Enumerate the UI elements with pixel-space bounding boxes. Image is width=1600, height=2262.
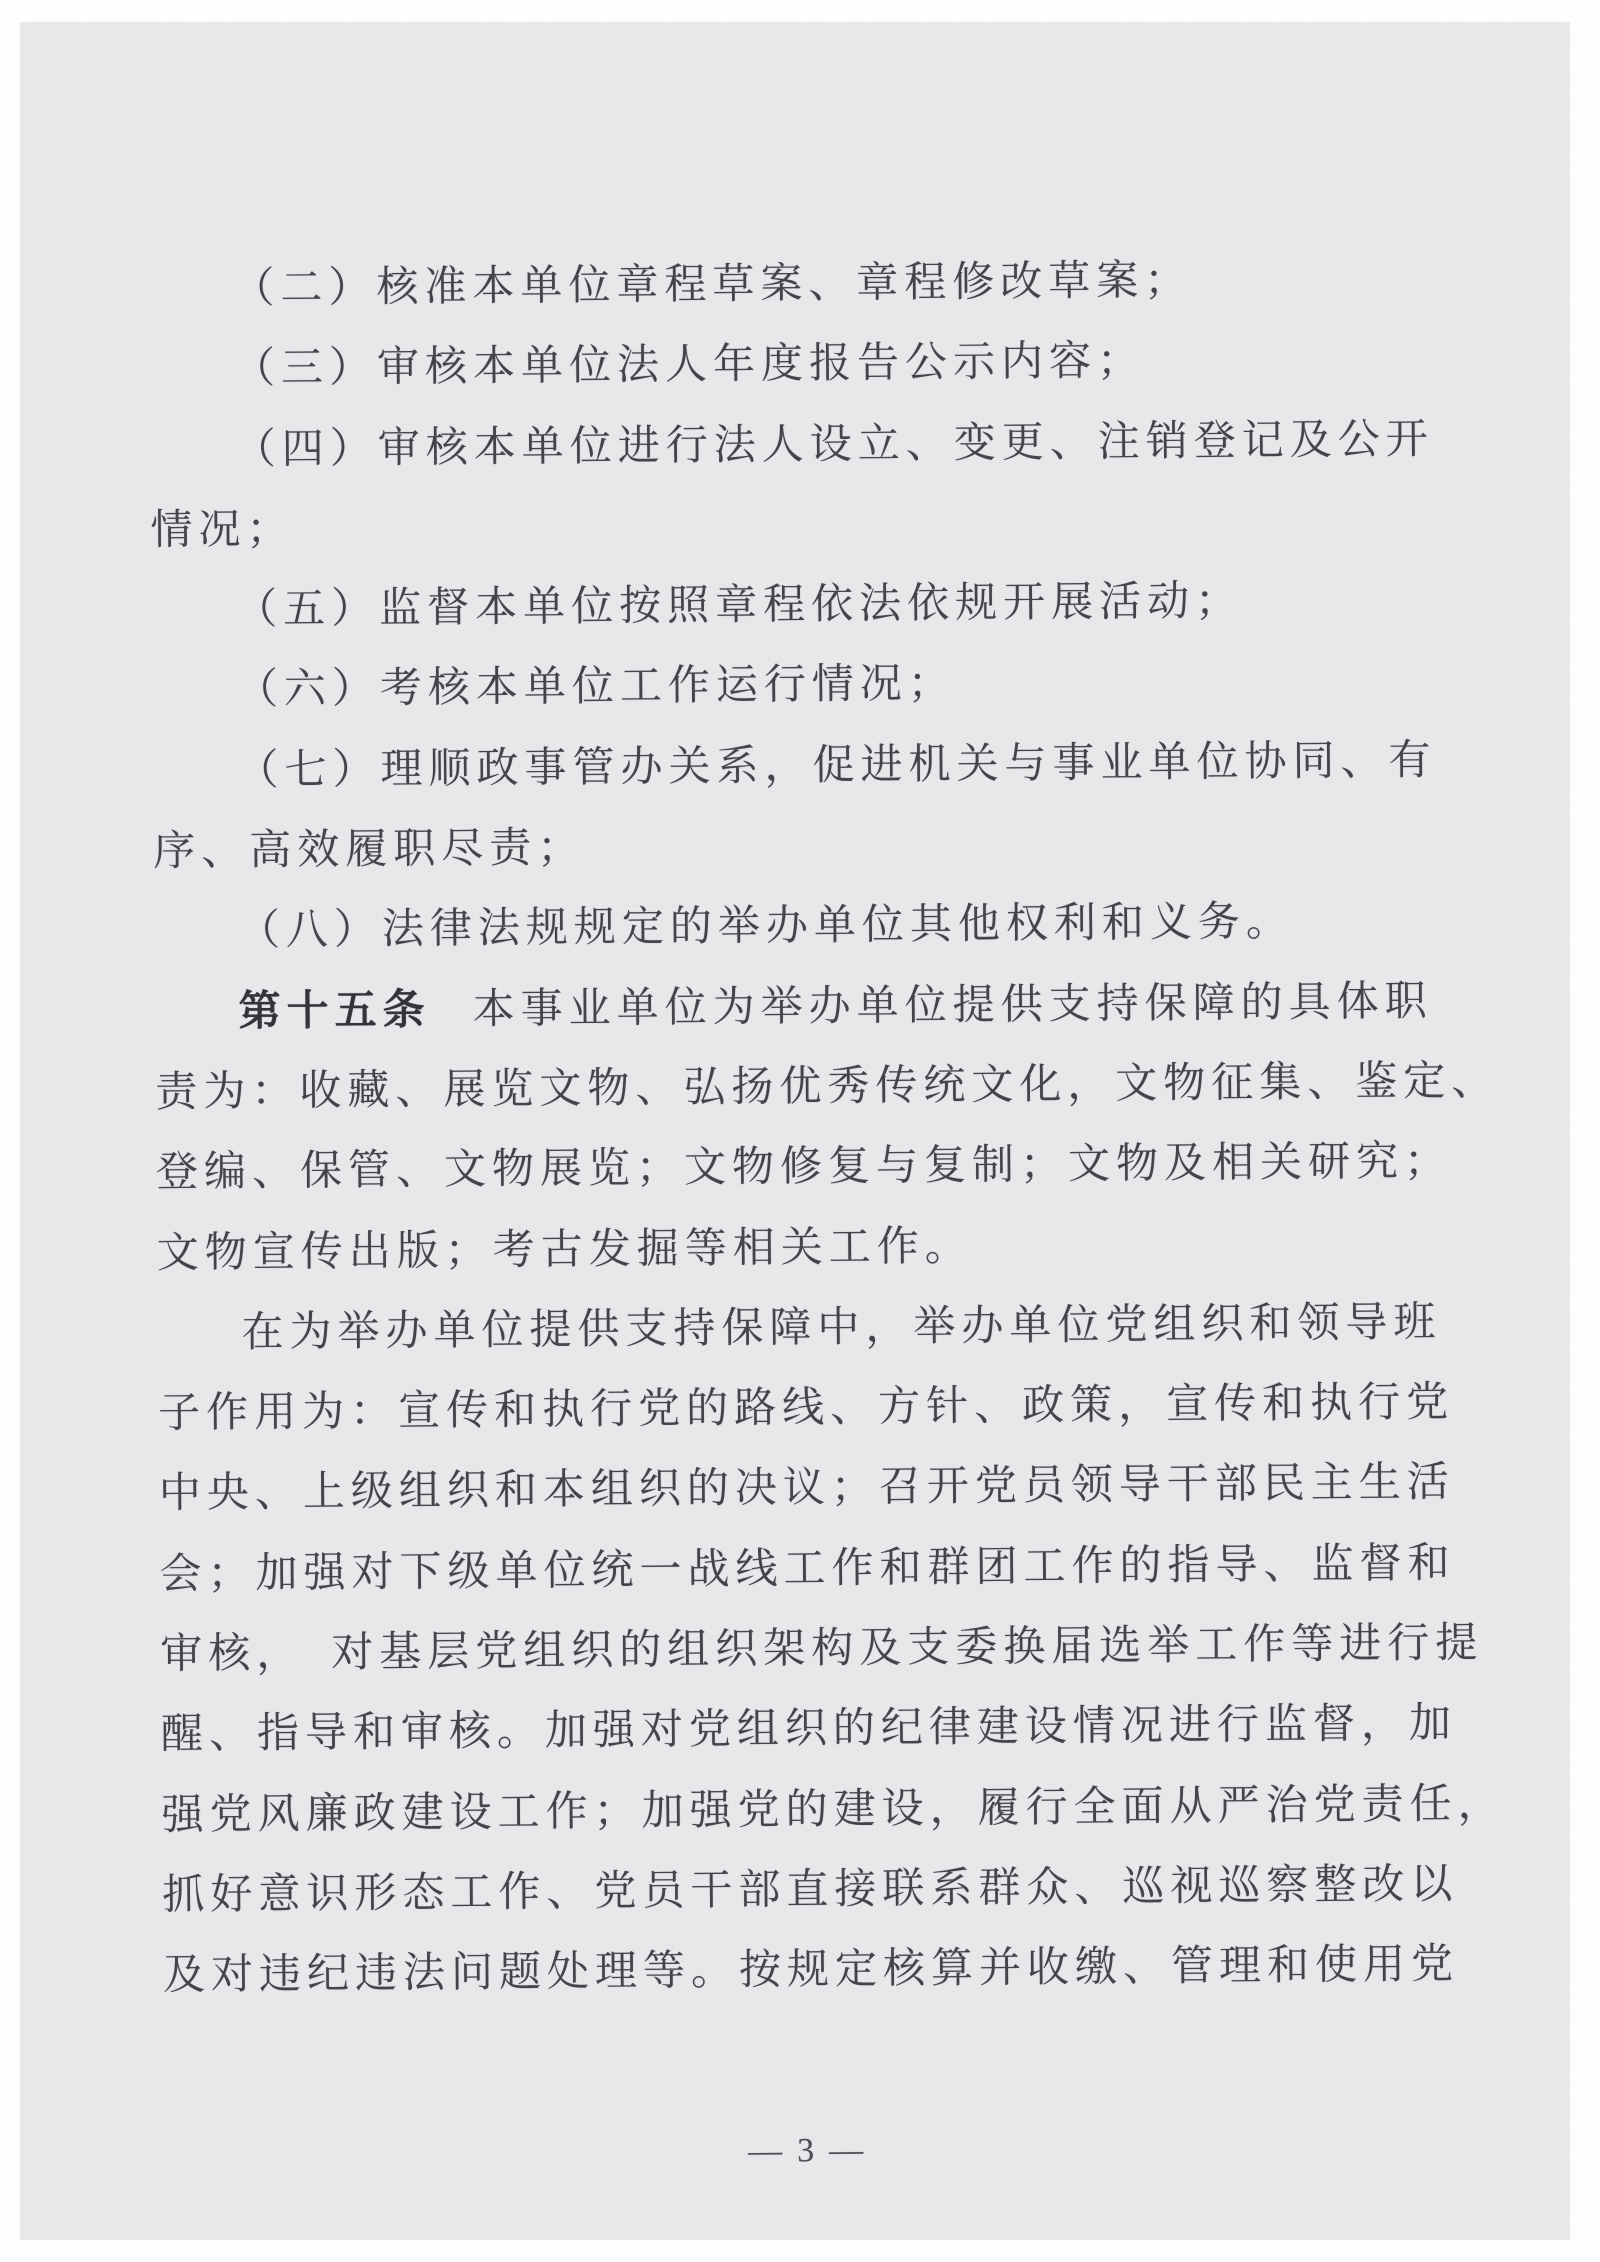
- page-footer: —3—: [606, 2128, 1006, 2175]
- text-line: 抓好意识形态工作、党员干部直接联系群众、巡视巡察整改以: [162, 1844, 1543, 1936]
- text-line: 在为举办单位提供支持保障中，举办单位党组织和领导班: [157, 1282, 1538, 1374]
- text-line: 及对违纪违法问题处理等。按规定核算并收缴、管理和使用党: [163, 1924, 1544, 2016]
- text-line: 中央、上级组织和本组织的决议；召开党员领导干部民主生活: [159, 1442, 1540, 1534]
- text-line: （六）考核本单位工作运行情况；: [152, 639, 1533, 731]
- text-line: （三）审核本单位法人年度报告公示内容；: [149, 318, 1530, 410]
- text-line: （二）核准本单位章程草案、章程修改草案；: [148, 238, 1529, 330]
- footer-dash-right: —: [829, 2132, 865, 2169]
- article-lead-text: 本事业单位为举办单位提供支持保障的具体职: [472, 978, 1432, 1032]
- page-number: 3: [797, 2132, 816, 2169]
- text-line: 子作用为：宣传和执行党的路线、方针、政策，宣传和执行党: [158, 1362, 1539, 1454]
- text-line: 序、高效履职尽责；: [153, 800, 1534, 892]
- document-page: （二）核准本单位章程草案、章程修改草案； （三）审核本单位法人年度报告公示内容；…: [0, 0, 1600, 2262]
- text-block: （二）核准本单位章程草案、章程修改草案； （三）审核本单位法人年度报告公示内容；…: [148, 238, 1545, 2210]
- text-line: 醒、指导和审核。加强对党组织的纪律建设情况进行监督，加: [161, 1683, 1542, 1775]
- text-line: 会；加强对下级单位统一战线工作和群团工作的指导、监督和: [159, 1523, 1540, 1615]
- text-line: 文物宣传出版；考古发掘等相关工作。: [156, 1201, 1537, 1293]
- article-number: 第十五条: [238, 987, 430, 1035]
- text-line: （七）理顺政事管办关系，促进机关与事业单位协同、有: [152, 720, 1533, 812]
- text-line-article-15: 第十五条本事业单位为举办单位提供支持保障的具体职: [154, 961, 1535, 1053]
- footer-dash-left: —: [748, 2133, 784, 2170]
- text-line: （五）监督本单位按照章程依法依规开展活动；: [151, 559, 1532, 651]
- text-line: 责为：收藏、展览文物、弘扬优秀传统文化，文物征集、鉴定、: [155, 1041, 1536, 1133]
- text-line: （八）法律法规规定的举办单位其他权利和义务。: [154, 880, 1535, 972]
- text-line: 登编、保管、文物展览；文物修复与复制；文物及相关研究；: [156, 1121, 1537, 1213]
- text-line: 情况；: [150, 479, 1531, 571]
- text-line: 审核， 对基层党组织的组织架构及支委换届选举工作等进行提: [160, 1603, 1541, 1695]
- text-line: （四）审核本单位进行法人设立、变更、注销登记及公开: [149, 399, 1530, 491]
- text-line: 强党风廉政建设工作；加强党的建设，履行全面从严治党责任，: [161, 1764, 1542, 1856]
